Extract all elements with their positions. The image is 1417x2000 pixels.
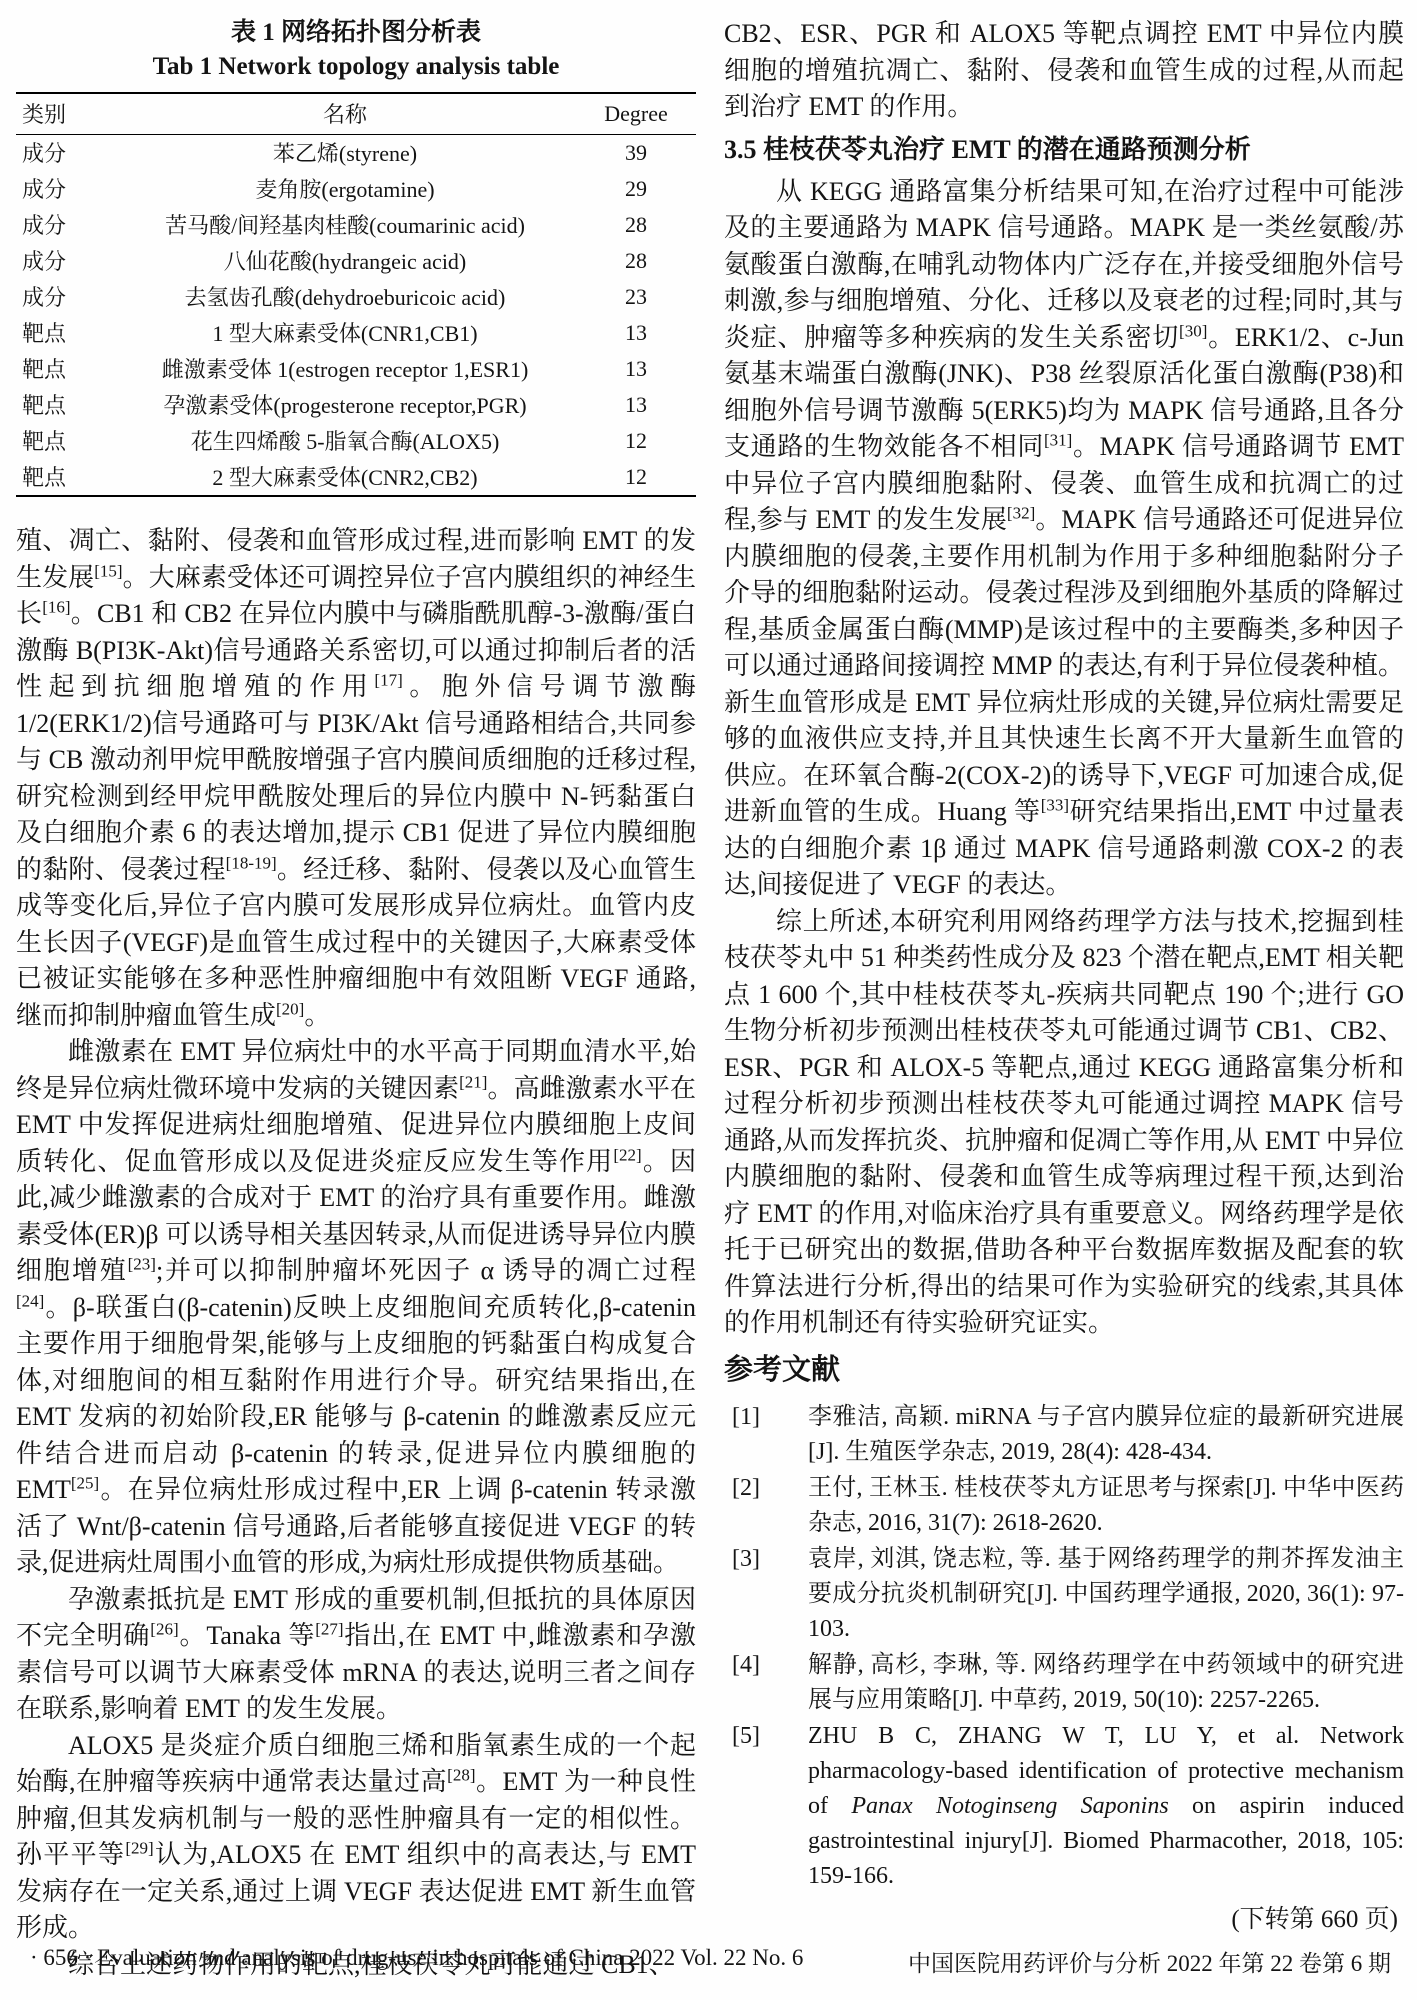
- references-heading: 参考文献: [724, 1344, 1404, 1396]
- footer-journal-en: · 656 · Evaluation and analysis of drug-…: [30, 1945, 803, 1978]
- reference-text: 袁岸, 刘淇, 饶志粒, 等. 基于网络药理学的荆芥挥发油主要成分抗炎机制研究[…: [808, 1546, 1404, 1642]
- cell-degree: 28: [576, 243, 696, 279]
- cell-degree: 28: [576, 207, 696, 243]
- body-paragraph: 从 KEGG 通路富集分析结果可知,在治疗过程中可能涉及的主要通路为 MAPK …: [724, 174, 1404, 904]
- reference-text: 王付, 王林玉. 桂枝茯苓丸方证思考与探索[J]. 中华中医药杂志, 2016,…: [808, 1475, 1404, 1536]
- table-row: 靶点 雌激素受体 1(estrogen receptor 1,ESR1) 13: [16, 351, 696, 387]
- reference-item: [2] 王付, 王林玉. 桂枝茯苓丸方证思考与探索[J]. 中华中医药杂志, 2…: [724, 1471, 1404, 1541]
- cell-name: 雌激素受体 1(estrogen receptor 1,ESR1): [114, 351, 576, 387]
- table-row: 成分 麦角胺(ergotamine) 29: [16, 171, 696, 207]
- cell-degree: 12: [576, 459, 696, 496]
- reference-label: [3]: [732, 1542, 760, 1577]
- cell-degree: 13: [576, 387, 696, 423]
- reference-label: [4]: [732, 1648, 760, 1683]
- continued-on-page-note: (下转第 660 页): [724, 1900, 1404, 1940]
- section-heading-3-5: 3.5 桂枝茯苓丸治疗 EMT 的潜在通路预测分析: [724, 128, 1404, 172]
- table-header-category: 类别: [16, 93, 114, 135]
- cell-name: 去氢齿孔酸(dehydroeburicoic acid): [114, 279, 576, 315]
- reference-label: [5]: [732, 1719, 760, 1754]
- table-caption-zh: 表 1 网络拓扑图分析表: [16, 16, 696, 50]
- cell-degree: 23: [576, 279, 696, 315]
- body-paragraph: 雌激素在 EMT 异位病灶中的水平高于同期血清水平,始终是异位病灶微环境中发病的…: [16, 1034, 696, 1582]
- cell-degree: 29: [576, 171, 696, 207]
- footer-journal-zh: 中国医院用药评价与分析 2022 年第 22 卷第 6 期: [908, 1945, 1391, 1978]
- table-row: 成分 去氢齿孔酸(dehydroeburicoic acid) 23: [16, 279, 696, 315]
- cell-degree: 13: [576, 315, 696, 351]
- cell-category: 成分: [16, 171, 114, 207]
- reference-label: [1]: [732, 1400, 760, 1435]
- table-header-name: 名称: [114, 93, 576, 135]
- body-paragraph: ALOX5 是炎症介质白细胞三烯和脂氧素生成的一个起始酶,在肿瘤等疾病中通常表达…: [16, 1728, 696, 1947]
- cell-category: 靶点: [16, 387, 114, 423]
- table-row: 成分 苯乙烯(styrene) 39: [16, 135, 696, 172]
- reference-label: [2]: [732, 1471, 760, 1506]
- table-row: 靶点 花生四烯酸 5-脂氧合酶(ALOX5) 12: [16, 423, 696, 459]
- reference-item: [3] 袁岸, 刘淇, 饶志粒, 等. 基于网络药理学的荆芥挥发油主要成分抗炎机…: [724, 1542, 1404, 1647]
- page-footer: · 656 · Evaluation and analysis of drug-…: [30, 1945, 1391, 1978]
- column-right: CB2、ESR、PGR 和 ALOX5 等靶点调控 EMT 中异位内膜细胞的增殖…: [724, 16, 1404, 1983]
- body-paragraph: 殖、凋亡、黏附、侵袭和血管形成过程,进而影响 EMT 的发生发展[15]。大麻素…: [16, 523, 696, 1034]
- journal-page: 表 1 网络拓扑图分析表 Tab 1 Network topology anal…: [0, 0, 1417, 2000]
- cell-name: 麦角胺(ergotamine): [114, 171, 576, 207]
- cell-name: 花生四烯酸 5-脂氧合酶(ALOX5): [114, 423, 576, 459]
- reference-text-italic: Panax Notoginseng Saponins: [851, 1793, 1168, 1819]
- table-row: 成分 八仙花酸(hydrangeic acid) 28: [16, 243, 696, 279]
- table-caption-en: Tab 1 Network topology analysis table: [16, 50, 696, 84]
- cell-degree: 12: [576, 423, 696, 459]
- column-left: 表 1 网络拓扑图分析表 Tab 1 Network topology anal…: [16, 16, 696, 1983]
- cell-category: 靶点: [16, 423, 114, 459]
- table-row: 靶点 孕激素受体(progesterone receptor,PGR) 13: [16, 387, 696, 423]
- cell-category: 靶点: [16, 459, 114, 496]
- cell-category: 成分: [16, 207, 114, 243]
- cell-category: 靶点: [16, 315, 114, 351]
- cell-category: 靶点: [16, 351, 114, 387]
- cell-name: 孕激素受体(progesterone receptor,PGR): [114, 387, 576, 423]
- table-row: 靶点 2 型大麻素受体(CNR2,CB2) 12: [16, 459, 696, 496]
- cell-name: 苯乙烯(styrene): [114, 135, 576, 172]
- cell-name: 八仙花酸(hydrangeic acid): [114, 243, 576, 279]
- cell-name: 苦马酸/间羟基肉桂酸(coumarinic acid): [114, 207, 576, 243]
- reference-item: [5] ZHU B C, ZHANG W T, LU Y, et al. Net…: [724, 1719, 1404, 1894]
- body-paragraph: CB2、ESR、PGR 和 ALOX5 等靶点调控 EMT 中异位内膜细胞的增殖…: [724, 16, 1404, 126]
- cell-category: 成分: [16, 279, 114, 315]
- cell-category: 成分: [16, 243, 114, 279]
- body-paragraph: 综上所述,本研究利用网络药理学方法与技术,挖掘到桂枝茯苓丸中 51 种类药性成分…: [724, 904, 1404, 1342]
- reference-item: [4] 解静, 高杉, 李琳, 等. 网络药理学在中药领域中的研究进展与应用策略…: [724, 1648, 1404, 1718]
- cell-name: 1 型大麻素受体(CNR1,CB1): [114, 315, 576, 351]
- cell-degree: 13: [576, 351, 696, 387]
- network-topology-table: 类别 名称 Degree 成分 苯乙烯(styrene) 39 成分 麦角胺(e…: [16, 92, 696, 497]
- table-header-row: 类别 名称 Degree: [16, 93, 696, 135]
- cell-name: 2 型大麻素受体(CNR2,CB2): [114, 459, 576, 496]
- table-row: 靶点 1 型大麻素受体(CNR1,CB1) 13: [16, 315, 696, 351]
- two-column-layout: 表 1 网络拓扑图分析表 Tab 1 Network topology anal…: [0, 0, 1417, 1983]
- table-row: 成分 苦马酸/间羟基肉桂酸(coumarinic acid) 28: [16, 207, 696, 243]
- reference-text: 李雅洁, 高颖. miRNA 与子宫内膜异位症的最新研究进展[J]. 生殖医学杂…: [808, 1404, 1404, 1465]
- cell-degree: 39: [576, 135, 696, 172]
- reference-item: [1] 李雅洁, 高颖. miRNA 与子宫内膜异位症的最新研究进展[J]. 生…: [724, 1400, 1404, 1470]
- table-header-degree: Degree: [576, 93, 696, 135]
- cell-category: 成分: [16, 135, 114, 172]
- reference-text: 解静, 高杉, 李琳, 等. 网络药理学在中药领域中的研究进展与应用策略[J].…: [808, 1652, 1404, 1713]
- body-paragraph: 孕激素抵抗是 EMT 形成的重要机制,但抵抗的具体原因不完全明确[26]。Tan…: [16, 1582, 696, 1728]
